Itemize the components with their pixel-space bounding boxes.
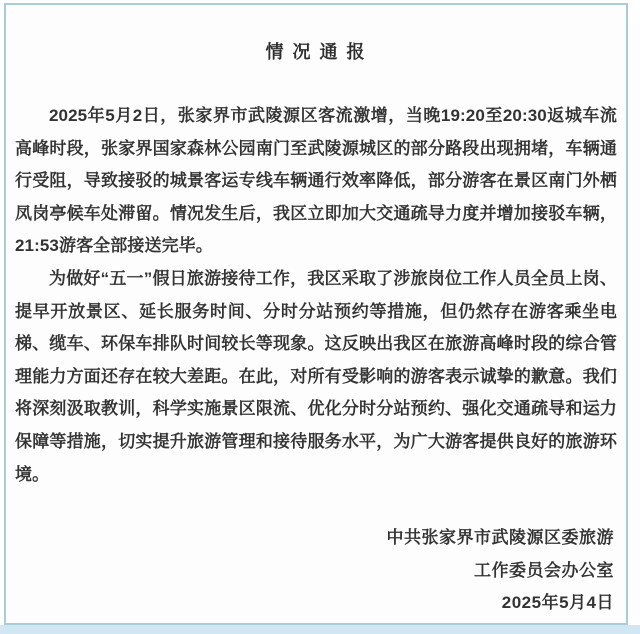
notice-title: 情 况 通 报 xyxy=(15,38,617,64)
signature-organization-line2: 工作委员会办公室 xyxy=(15,555,614,588)
notice-document: 情 况 通 报 2025年5月2日，张家界市武陵源区客流激增，当晚19:20至2… xyxy=(4,3,628,625)
paragraph-incident-description: 2025年5月2日，张家界市武陵源区客流激增，当晚19:20至20:30返城车流… xyxy=(15,100,617,263)
paragraph-measures-apology: 为做好“五一”假日旅游接待工作，我区采取了涉旅岗位工作人员全员上岗、提早开放景区… xyxy=(15,263,617,491)
signature-block: 中共张家界市武陵源区委旅游 工作委员会办公室 2025年5月4日 xyxy=(15,522,617,620)
signature-date: 2025年5月4日 xyxy=(15,587,614,620)
bottom-blue-strip xyxy=(0,625,640,634)
signature-organization-line1: 中共张家界市武陵源区委旅游 xyxy=(15,522,614,555)
